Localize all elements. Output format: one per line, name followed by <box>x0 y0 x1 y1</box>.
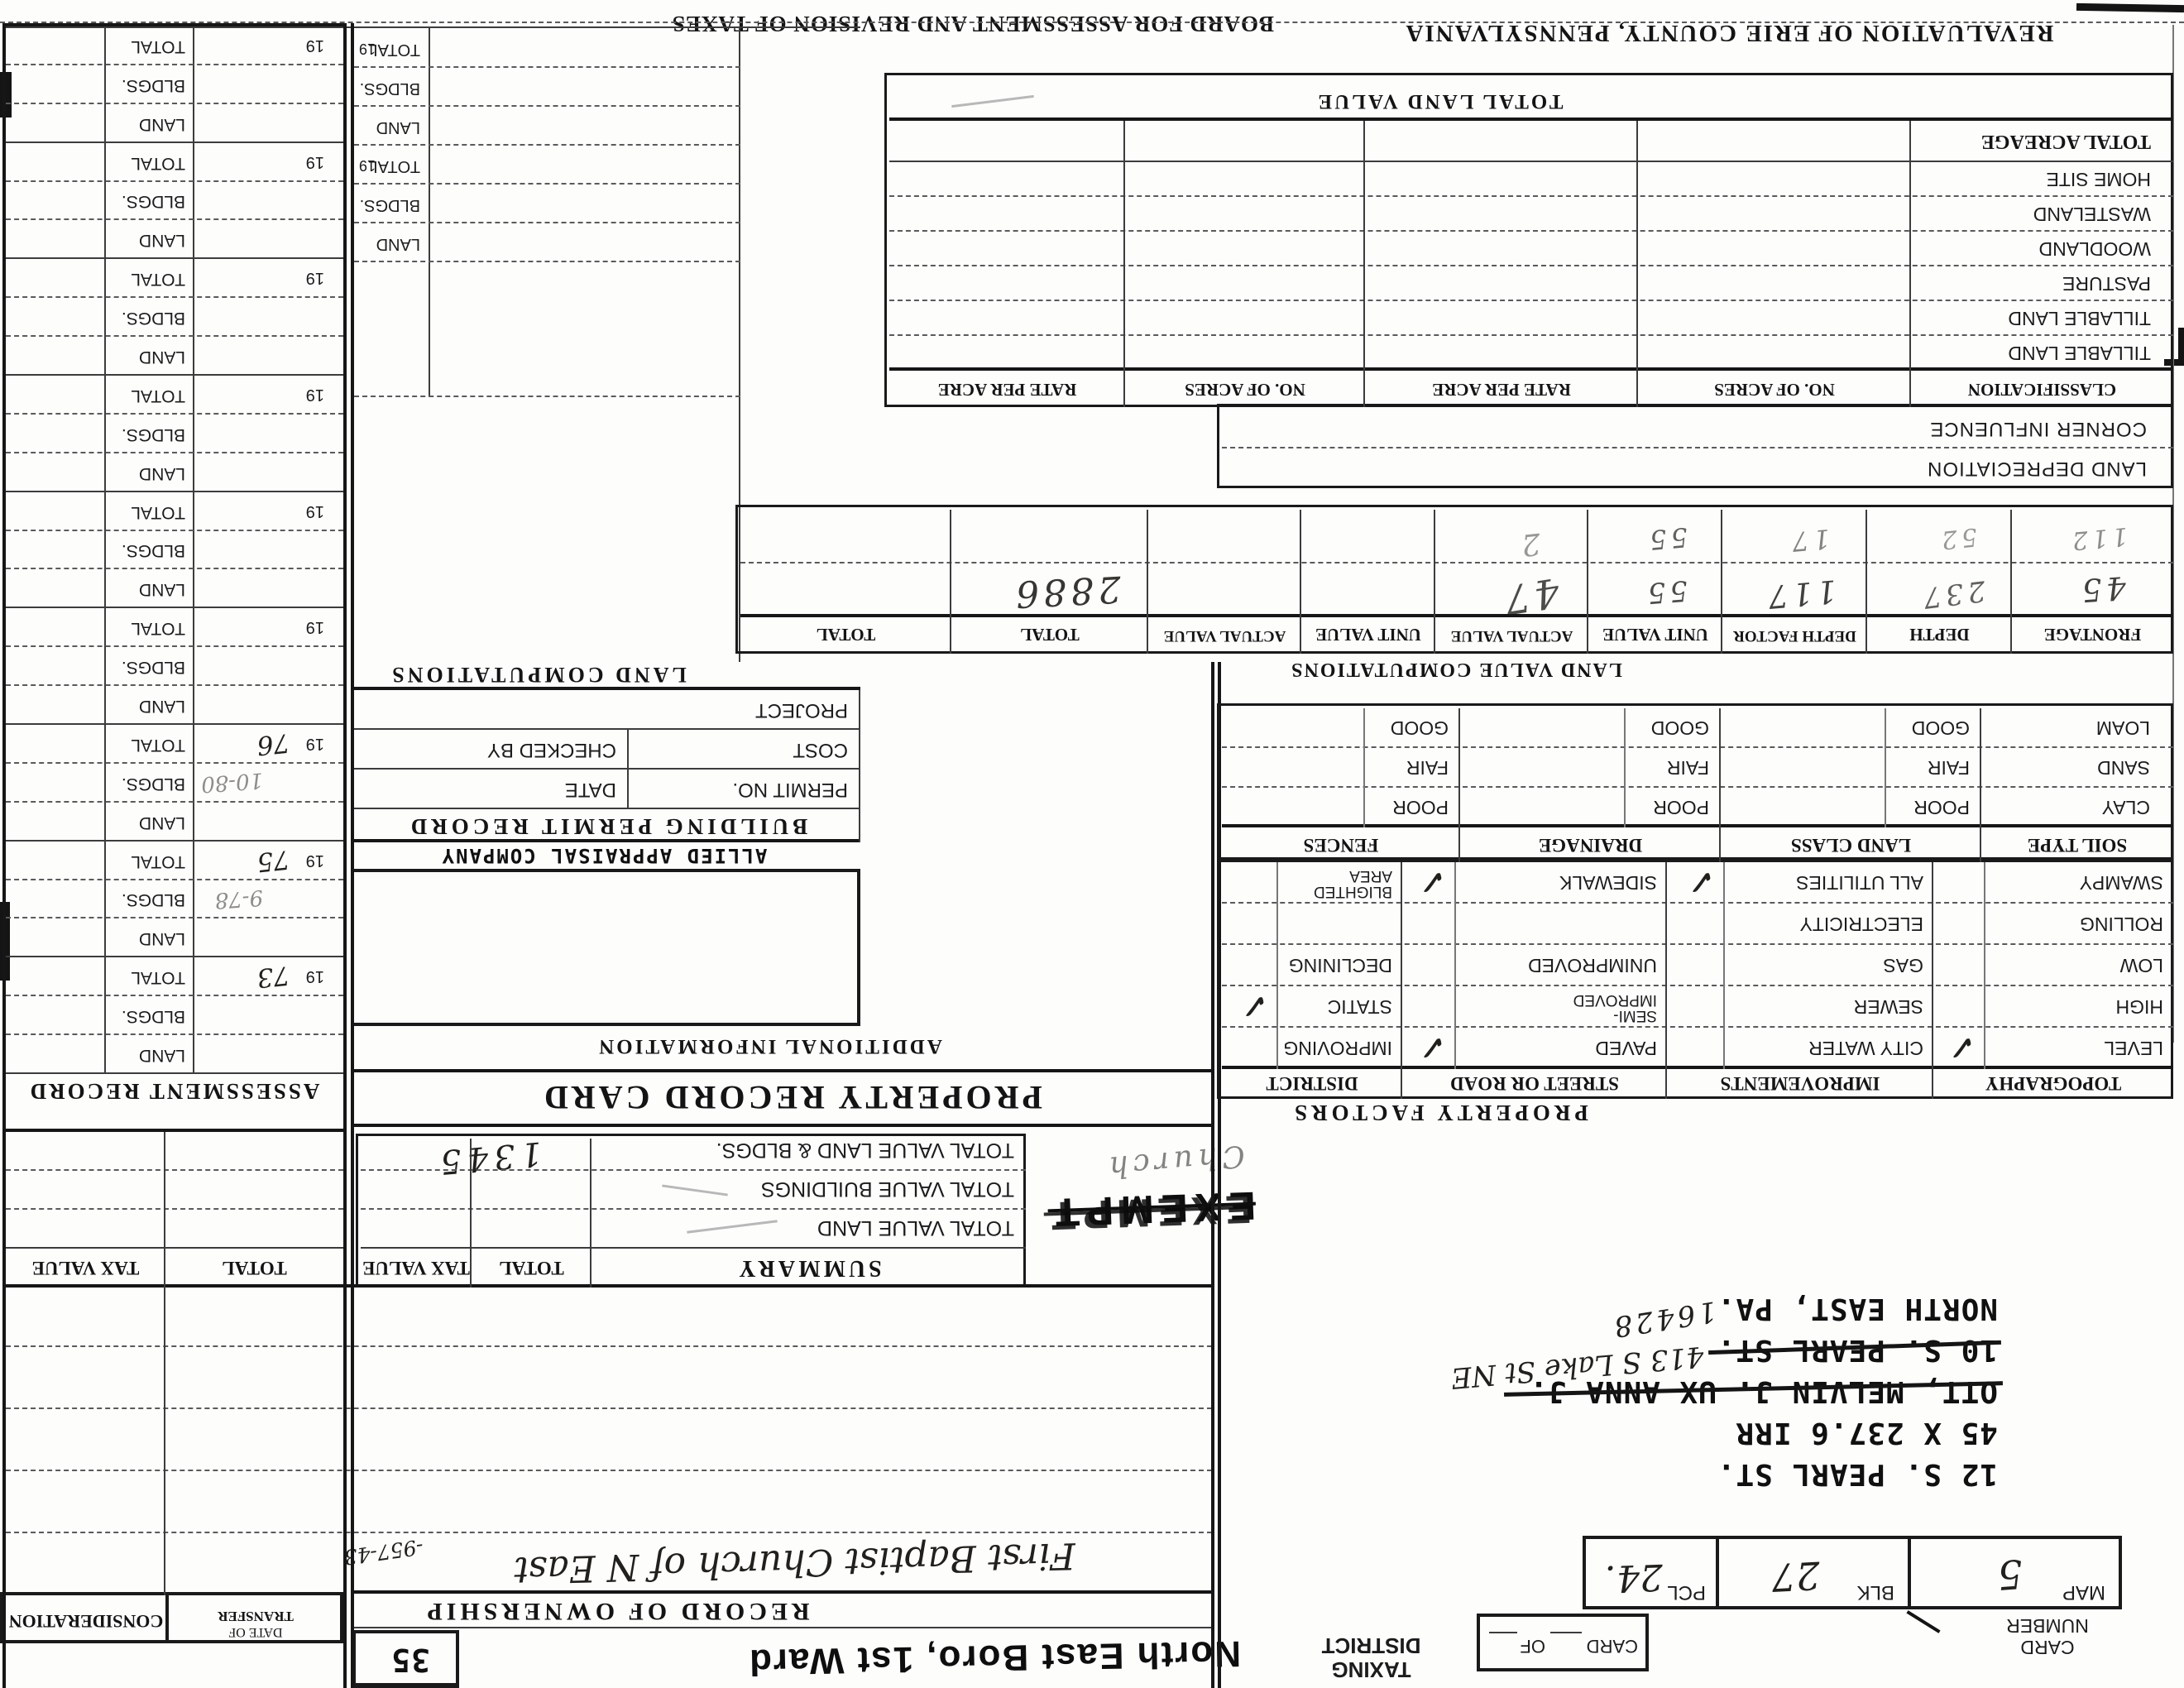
property-address: 12 S. PEARL ST. <box>1717 1457 1998 1491</box>
checkmark-icon: ✓ <box>1950 1028 1980 1066</box>
summary-taxvalue-header-2: TAX VALUE <box>6 1257 165 1278</box>
assessment-row-label: BLDGS. <box>122 1006 185 1026</box>
mini-assessment-row-label: TOTAL <box>368 40 420 59</box>
assessment-row-label: LAND <box>139 579 185 599</box>
property-factors-title: PROPERTY FACTORS <box>1249 1100 1630 1125</box>
rule-line <box>6 645 343 647</box>
assessment-year-prefix: 19 <box>306 501 324 520</box>
assessment-row-label: LAND <box>139 928 185 948</box>
assessment-year-prefix: 19 <box>306 385 324 404</box>
mini-assessment-row-label: BLDGS. <box>360 195 420 214</box>
lvc-column-header: DEPTH FACTOR <box>1722 626 1867 645</box>
assessment-year-prefix: 19 <box>306 617 324 636</box>
assessment-year-handwritten: 73 <box>256 960 291 993</box>
rule-line <box>6 141 343 143</box>
lvc-handwritten-value: 2 <box>1516 526 1542 563</box>
assessment-title: ASSESSMENT RECORD <box>4 1078 343 1104</box>
assessment-row-label: TOTAL <box>131 153 185 173</box>
assessment-year-prefix: 19 <box>306 268 324 287</box>
lvc-column-header: TOTAL <box>740 624 951 645</box>
factor-column-header: TOPOGRAPHY <box>1933 1072 2173 1094</box>
rule-line <box>1222 902 2173 904</box>
rule-line <box>354 808 860 809</box>
factor-item-label: LOW <box>2120 954 2163 976</box>
factor-item-label: SEMI-IMPROVED <box>1573 992 1657 1024</box>
rule-line <box>1363 708 1365 827</box>
soil-column-header: LAND CLASS <box>1721 834 1981 856</box>
assessment-row-label: BLDGS. <box>122 540 185 560</box>
mini-assessment-row-label: BLDGS. <box>360 79 420 98</box>
assessment-row-label: LAND <box>139 114 185 134</box>
assessment-row-label: TOTAL <box>131 502 185 522</box>
rule-line <box>6 1284 1212 1288</box>
soil-cell-label: SAND <box>2097 756 2150 779</box>
rule-line <box>6 413 343 415</box>
rule-line <box>6 1407 1212 1409</box>
rule-line <box>6 103 343 104</box>
permit-no-label: PERMIT NO. <box>732 778 848 801</box>
pcl-value: 24. <box>1604 1556 1664 1599</box>
rule-line <box>889 195 2173 197</box>
classification-column-header: RATE PER ACRE <box>1365 379 1638 400</box>
card-number-label: CARD NUMBER <box>1981 1614 2114 1658</box>
permit-cost-label: COST <box>793 738 848 761</box>
assessment-row-label: TOTAL <box>131 735 185 755</box>
lvc-column-header: DEPTH <box>1867 624 2012 645</box>
map-value: 5 <box>1996 1550 2024 1598</box>
rule-line <box>6 762 343 764</box>
permit-project-label: PROJECT <box>755 698 848 722</box>
rule-line <box>1222 943 2173 945</box>
rule-line <box>354 1590 1212 1594</box>
factor-column-header: STREET OR ROAD <box>1402 1072 1667 1094</box>
lvc-handwritten-value: 55 <box>1642 573 1688 610</box>
classification-column-header: CLASSIFICATION <box>1911 379 2173 400</box>
rule-line <box>164 1288 165 1595</box>
rule-line <box>1723 862 1725 1069</box>
mini-assessment-year-prefix: 19 <box>359 40 376 57</box>
rule-line <box>470 1139 472 1288</box>
rule-line <box>627 730 629 809</box>
assessment-note-handwritten: 9-78 <box>214 885 264 913</box>
assessment-row-label: LAND <box>139 1045 185 1065</box>
rule-line <box>1222 985 2173 986</box>
blk-label: BLK <box>1857 1580 1894 1604</box>
pen-slash-mark <box>1906 1610 1940 1633</box>
classification-row-label: WASTELAND <box>2033 203 2151 225</box>
land-computations-label: LAND COMPUTATIONS <box>372 662 703 687</box>
rule-line <box>6 1470 1212 1471</box>
rule-line <box>6 917 343 918</box>
factor-column-header: DISTRICT <box>1222 1072 1402 1094</box>
rule-line <box>6 840 343 842</box>
mini-assessment-row-label: TOTAL <box>368 156 420 175</box>
soil-cell-label: FAIR <box>1928 756 1970 779</box>
soil-column-header: SOIL TYPE <box>1981 834 2173 856</box>
rule-line <box>889 161 2173 162</box>
factor-item-label: IMPROVING <box>1283 1037 1392 1059</box>
rule-line <box>6 180 343 182</box>
rule-line <box>889 117 2173 121</box>
rule-line <box>6 568 343 569</box>
checkmark-icon: ✓ <box>1420 1028 1450 1066</box>
card-of-blank-1 <box>1550 1632 1582 1633</box>
rule-line <box>6 64 343 65</box>
blk-value: 27 <box>1770 1553 1821 1600</box>
rule-line <box>6 452 343 453</box>
assessment-row-label: LAND <box>139 347 185 367</box>
rule-line <box>6 23 343 26</box>
ward-value: 35 <box>390 1642 430 1678</box>
classification-row-label: TILLABLE LAND <box>2008 307 2151 329</box>
land-depreciation-rows <box>1217 404 2173 488</box>
factor-item-label: ALL UTILITIES <box>1796 871 1923 894</box>
rule-line <box>361 1169 1026 1171</box>
assessment-row-label: BLDGS. <box>122 75 185 95</box>
card-of-of-label: OF <box>1520 1635 1545 1657</box>
exempt-stamp: EXEMPT <box>1047 1182 1257 1235</box>
scan-smudge-5 <box>2076 3 2184 12</box>
rule-line <box>1665 862 1667 1099</box>
rule-line <box>1222 1026 2173 1028</box>
classification-column-header: NO. OF ACRES <box>1638 379 1911 400</box>
rule-line <box>354 261 740 262</box>
rule-line <box>1984 862 1985 1069</box>
rule-line <box>429 26 430 397</box>
rule-line <box>354 839 860 842</box>
summary-title: SUMMARY <box>591 1254 1026 1281</box>
rule-line <box>6 1033 343 1035</box>
lvc-column-header: UNIT VALUE <box>1588 624 1722 645</box>
soil-cell-label: FAIR <box>1667 756 1709 779</box>
soil-cell-label: GOOD <box>1912 717 1970 739</box>
ownership-entry-note: -957-43 <box>342 1534 425 1569</box>
rule-line <box>6 1208 343 1210</box>
rule-line <box>354 66 740 68</box>
rule-line <box>6 607 343 608</box>
rule-line <box>164 1132 165 1288</box>
lvc-handwritten-value: 45 <box>2076 569 2127 609</box>
lvc-handwritten-value: 117 <box>1763 573 1838 615</box>
factor-item-label: HIGH <box>2116 995 2164 1018</box>
assessment-row-label: LAND <box>139 813 185 832</box>
rule-line <box>1363 121 1365 407</box>
rule-line <box>6 1532 1212 1533</box>
rule-line <box>1401 862 1402 1099</box>
rule-line <box>740 562 2173 563</box>
assessment-row-label: BLDGS. <box>122 657 185 677</box>
factor-item-label: SEWER <box>1854 995 1923 1018</box>
rule-line <box>1624 708 1626 827</box>
rule-line <box>1636 121 1638 407</box>
assessment-row-label: BLDGS. <box>122 890 185 909</box>
rule-line <box>354 728 860 730</box>
mini-assessment-row-label: LAND <box>376 234 420 253</box>
appraisal-company: ALLIED APPRAISAL COMPANY <box>422 844 786 867</box>
factor-item-label: ELECTRICITY <box>1799 913 1923 935</box>
assessment-row-label: TOTAL <box>131 618 185 638</box>
rule-line <box>354 396 740 397</box>
assessment-note-handwritten: 10-80 <box>200 768 264 797</box>
ownership-title: RECORD OF OWNERSHIP <box>393 1597 840 1625</box>
soil-cell-label: GOOD <box>1391 717 1449 739</box>
rule-line <box>889 300 2173 301</box>
rule-line <box>6 530 343 531</box>
rule-line <box>889 230 2173 232</box>
rule-line <box>343 23 347 1688</box>
rule-line <box>2 23 6 1688</box>
card-of-card-label: CARD <box>1587 1635 1638 1657</box>
classification-row-label: PASTURE <box>2062 272 2151 295</box>
rule-line <box>889 334 2173 336</box>
assessment-row-label: TOTAL <box>131 386 185 405</box>
lvc-handwritten-value: 2886 <box>1011 568 1122 616</box>
assessment-row-label: TOTAL <box>131 967 185 987</box>
permit-checked-by-label: CHECKED BY <box>487 738 616 761</box>
lvc-column-header: FRONTAGE <box>2012 624 2173 645</box>
summary-row-label-3: TOTAL VALUE LAND & BLDGS. <box>716 1138 1014 1162</box>
rule-line <box>6 257 343 259</box>
rule-line <box>361 1208 1026 1210</box>
factor-item-label: BLIGHTEDAREA <box>1314 868 1392 899</box>
lvc-handwritten-value: 17 <box>1787 523 1832 558</box>
rule-line <box>859 690 860 842</box>
soil-cell-label: FAIR <box>1406 756 1449 779</box>
assessment-row-label: BLDGS. <box>122 774 185 794</box>
factor-item-label: ROLLING <box>2080 913 2163 935</box>
exempt-handwritten-note: Church <box>1103 1139 1246 1185</box>
additional-info-box <box>351 869 860 1026</box>
assessment-year-prefix: 19 <box>306 734 324 753</box>
lvc-handwritten-value: 112 <box>2067 521 2129 555</box>
date-of-transfer-label: DATE OFTRANSFER <box>168 1608 343 1641</box>
factor-item-label: LEVEL <box>2104 1037 2163 1059</box>
assessment-row-label: BLDGS. <box>122 424 185 444</box>
assessment-row-label: TOTAL <box>131 269 185 289</box>
permit-date-label: DATE <box>565 778 616 801</box>
rule-line <box>740 614 2173 617</box>
rule-line <box>6 956 343 957</box>
card-of-blank-2 <box>1489 1632 1517 1633</box>
soil-cell-label: CLAY <box>2102 796 2150 818</box>
factor-item-label: UNIMPROVED <box>1528 954 1657 976</box>
factor-item-label: GAS <box>1883 954 1923 976</box>
assessment-year-handwritten: 75 <box>256 844 291 877</box>
factor-item-label: PAVED <box>1595 1037 1657 1059</box>
rule-line <box>354 144 740 146</box>
rule-line <box>354 768 860 770</box>
taxing-district-label: TAXINGDISTRICT <box>1299 1634 1444 1681</box>
rule-line <box>1222 1066 2173 1069</box>
rule-line <box>1454 862 1456 1069</box>
classification-row-label: HOME SITE <box>2046 168 2151 190</box>
rule-line <box>6 1345 1212 1347</box>
lot-dimensions: 45 X 237.6 IRR <box>1736 1416 1998 1450</box>
rule-line <box>6 723 343 725</box>
lvc-column-header: ACTUAL VALUE <box>1435 626 1588 645</box>
classification-row-label: TILLABLE LAND <box>2008 342 2151 364</box>
assessment-row-label: LAND <box>139 463 185 483</box>
factor-item-label: SIDEWALK <box>1559 871 1657 894</box>
classification-column-header: RATE PER ACRE <box>889 379 1125 400</box>
rule-line <box>6 995 343 996</box>
assessment-row-label: TOTAL <box>131 36 185 56</box>
classification-column-header: NO. OF ACRES <box>1125 379 1365 400</box>
summary-row-label-1: TOTAL VALUE LAND <box>817 1216 1014 1240</box>
rule-line <box>354 1069 1212 1072</box>
pcl-label: PCL <box>1667 1580 1706 1604</box>
rule-line <box>6 1129 343 1132</box>
soil-cell-label: LOAM <box>2096 717 2150 739</box>
soil-cell-label: GOOD <box>1651 717 1709 739</box>
factor-item-label: CITY WATER <box>1808 1037 1923 1059</box>
lvc-column-header: ACTUAL VALUE <box>1148 626 1301 645</box>
soil-column-header: FENCES <box>1222 834 1460 856</box>
rule-line <box>6 1072 343 1074</box>
factor-item-label: STATIC <box>1328 995 1392 1018</box>
lvc-title: LAND VALUE COMPUTATIONS <box>1274 658 1638 680</box>
lvc-column-header: TOTAL <box>951 624 1148 645</box>
lvc-handwritten-value: 47 <box>1497 568 1563 623</box>
scanned-document: CARD NUMBER MAP 5 BLK 27 PCL 24. CARD OF… <box>0 0 2184 1688</box>
factor-column-header: IMPROVEMENTS <box>1667 1072 1933 1094</box>
lvc-handwritten-value: 52 <box>1936 522 1979 555</box>
summary-taxvalue-header: TAX VALUE <box>361 1257 472 1278</box>
rule-line <box>361 1247 1026 1249</box>
owner-zip-handwritten: 16428 <box>1608 1294 1718 1344</box>
mini-assessment-year-prefix: 19 <box>359 156 376 174</box>
permit-title: BUILDING PERMIT RECORD <box>354 813 860 839</box>
assessment-row-label: BLDGS. <box>122 308 185 328</box>
assessment-year-handwritten: 76 <box>256 727 291 760</box>
rule-line <box>6 491 343 492</box>
ownership-entry-name: First Baptist Church of N East <box>514 1534 1076 1591</box>
rule-line <box>6 1247 343 1249</box>
rule-line <box>6 879 343 880</box>
map-label: MAP <box>2062 1580 2105 1604</box>
additional-info-label: ADDITIONAL INFORMATION <box>587 1034 951 1057</box>
district-stamp: North East Boro, 1st Ward <box>748 1633 1242 1682</box>
main-title: PROPERTY RECORD CARD <box>612 1078 1042 1117</box>
lvc-handwritten-value: 55 <box>1645 521 1689 556</box>
assessment-row-label: TOTAL <box>131 851 185 871</box>
rule-line <box>6 801 343 803</box>
rule-line <box>354 183 740 185</box>
rule-line <box>590 1139 591 1288</box>
rule-line <box>354 1124 1212 1127</box>
factor-item-label: DECLINING <box>1289 954 1392 976</box>
rule-line <box>6 374 343 376</box>
rule-line <box>1909 121 1911 407</box>
rule-line <box>1885 708 1886 827</box>
soil-column-header: DRAINAGE <box>1460 834 1721 856</box>
rule-line <box>889 367 2173 371</box>
rule-line <box>1211 662 1214 1688</box>
assessment-row-label: BLDGS. <box>122 191 185 211</box>
rule-line <box>354 1627 1212 1628</box>
soil-cell-label: POOR <box>1913 796 1970 818</box>
rule-line <box>1276 862 1278 1069</box>
rule-line <box>354 222 740 223</box>
lvc-column-header: UNIT VALUE <box>1301 624 1435 645</box>
rule-line <box>1123 121 1125 407</box>
soil-cell-label: POOR <box>1392 796 1449 818</box>
assessment-year-prefix: 19 <box>306 36 324 55</box>
summary-total-header-2: TOTAL <box>165 1257 343 1278</box>
owner-city: NORTH EAST, PA. <box>1717 1292 1998 1326</box>
classification-table <box>884 73 2173 407</box>
assessment-year-prefix: 19 <box>306 851 324 870</box>
rule-line <box>6 218 343 220</box>
rule-line <box>889 265 2173 266</box>
classification-row-label: WOODLAND <box>2039 237 2151 260</box>
rule-line <box>6 335 343 337</box>
assessment-year-prefix: 19 <box>306 966 324 985</box>
rule-line <box>6 1169 343 1171</box>
rule-line <box>6 296 343 298</box>
checkmark-icon: ✓ <box>1420 862 1450 900</box>
checkmark-icon: ✓ <box>1243 986 1272 1024</box>
rule-line <box>1222 447 2173 448</box>
checkmark-icon: ✓ <box>1689 862 1719 900</box>
consideration-label: CONSIDERATION <box>3 1610 169 1632</box>
rule-line <box>6 684 343 686</box>
rule-line <box>1932 862 1933 1099</box>
rule-line <box>6 26 860 28</box>
mini-assessment-row-label: LAND <box>376 117 420 137</box>
factor-item-label: SWAMPY <box>2080 871 2163 894</box>
rule-line <box>351 23 354 1688</box>
assessment-year-prefix: 19 <box>306 152 324 171</box>
property-record-card: CARD NUMBER MAP 5 BLK 27 PCL 24. CARD OF… <box>0 0 2184 1688</box>
assessment-row-label: LAND <box>139 696 185 716</box>
owner-address-struck: 10 S. PEARL ST. <box>1717 1333 1998 1367</box>
assessment-row-label: LAND <box>139 230 185 250</box>
summary-row-label-2: TOTAL VALUE BUILDINGS <box>761 1177 1014 1201</box>
summary-total-header: TOTAL <box>472 1257 591 1278</box>
footer-board: BOARD FOR ASSESSMENT AND REVISION OF TAX… <box>720 11 1274 36</box>
soil-cell-label: POOR <box>1653 796 1709 818</box>
rule-line <box>354 105 740 107</box>
rule-line <box>354 687 860 690</box>
scan-smudge-4 <box>2178 328 2184 366</box>
